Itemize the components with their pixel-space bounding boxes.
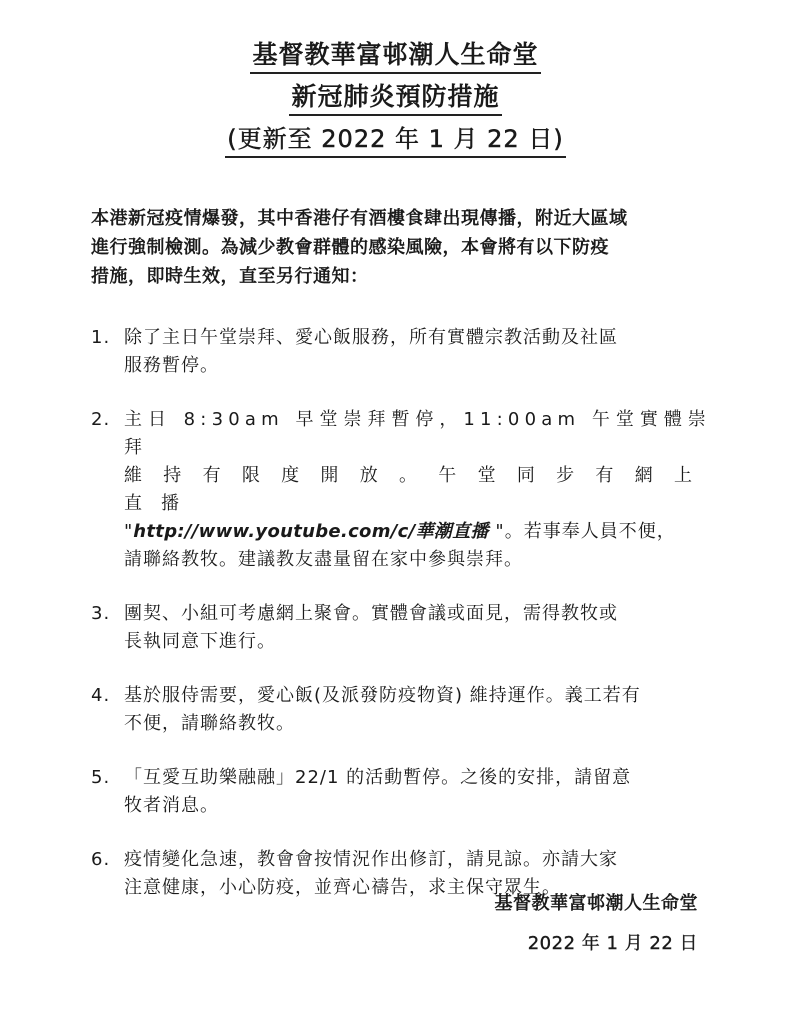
youtube-live-link[interactable]: http://www.youtube.com/c/華潮直播 bbox=[133, 521, 488, 542]
measures-list: 1. 除了主日午堂崇拜、愛心飯服務，所有實體宗教活動及社區 服務暫停。 2. 主… bbox=[91, 324, 711, 928]
item-line: 團契、小組可考慮網上聚會。實體會議或面見，需得教牧或 bbox=[124, 600, 711, 628]
document-header: 基督教華富邨潮人生命堂 新冠肺炎預防措施 (更新至 2022 年 1 月 22 … bbox=[0, 40, 791, 166]
signature-block: 基督教華富邨潮人生命堂 2022 年 1 月 22 日 bbox=[495, 884, 699, 964]
notice-subtitle: 新冠肺炎預防措施 bbox=[289, 82, 501, 116]
item-line: 服務暫停。 bbox=[124, 352, 711, 380]
item-line: 除了主日午堂崇拜、愛心飯服務，所有實體宗教活動及社區 bbox=[124, 324, 711, 352]
measure-item-4: 4. 基於服侍需要，愛心飯(及派發防疫物資) 維持運作。義工若有 不便，請聯絡教… bbox=[91, 682, 711, 738]
quote-mark: " bbox=[489, 521, 505, 542]
signature-date: 2022 年 1 月 22 日 bbox=[495, 924, 699, 964]
item-line: 長執同意下進行。 bbox=[124, 628, 711, 656]
intro-line: 進行強制檢測。為減少教會群體的感染風險，本會將有以下防疫 bbox=[91, 233, 711, 262]
intro-paragraph: 本港新冠疫情爆發，其中香港仔有酒樓食肆出現傳播，附近大區域 進行強制檢測。為減少… bbox=[91, 204, 711, 291]
item-number: 6. bbox=[91, 846, 110, 874]
measure-item-1: 1. 除了主日午堂崇拜、愛心飯服務，所有實體宗教活動及社區 服務暫停。 bbox=[91, 324, 711, 380]
quote-mark: " bbox=[124, 521, 133, 542]
intro-line: 本港新冠疫情爆發，其中香港仔有酒樓食肆出現傳播，附近大區域 bbox=[91, 204, 711, 233]
item-line: 不便，請聯絡教牧。 bbox=[124, 710, 711, 738]
signature-church-name: 基督教華富邨潮人生命堂 bbox=[495, 884, 699, 924]
church-name-title: 基督教華富邨潮人生命堂 bbox=[250, 40, 540, 74]
intro-line: 措施，即時生效，直至另行通知： bbox=[91, 262, 711, 291]
item-line: 疫情變化急速，教會會按情況作出修訂，請見諒。亦請大家 bbox=[124, 846, 711, 874]
measure-item-2: 2. 主日 8:30am 早堂崇拜暫停，11:00am 午堂實體崇拜 維持有限度… bbox=[91, 406, 711, 574]
item-number: 4. bbox=[91, 682, 110, 710]
measure-item-5: 5. 「互愛互助樂融融」22/1 的活動暫停。之後的安排，請留意 牧者消息。 bbox=[91, 764, 711, 820]
item-line: 牧者消息。 bbox=[124, 792, 711, 820]
item-line-with-link: "http://www.youtube.com/c/華潮直播 "。若事奉人員不便… bbox=[124, 518, 711, 546]
item-text: 。若事奉人員不便， bbox=[505, 521, 676, 542]
item-line: 「互愛互助樂融融」22/1 的活動暫停。之後的安排，請留意 bbox=[124, 764, 711, 792]
item-number: 1. bbox=[91, 324, 110, 352]
item-line: 請聯絡教牧。建議教友盡量留在家中參與崇拜。 bbox=[124, 546, 711, 574]
item-number: 5. bbox=[91, 764, 110, 792]
item-line: 基於服侍需要，愛心飯(及派發防疫物資) 維持運作。義工若有 bbox=[124, 682, 711, 710]
measure-item-3: 3. 團契、小組可考慮網上聚會。實體會議或面見，需得教牧或 長執同意下進行。 bbox=[91, 600, 711, 656]
item-line: 主日 8:30am 早堂崇拜暫停，11:00am 午堂實體崇拜 bbox=[124, 406, 711, 462]
updated-date: (更新至 2022 年 1 月 22 日) bbox=[225, 124, 565, 158]
item-number: 3. bbox=[91, 600, 110, 628]
item-line: 維持有限度開放。午堂同步有網上直播 bbox=[124, 462, 711, 518]
item-number: 2. bbox=[91, 406, 110, 434]
